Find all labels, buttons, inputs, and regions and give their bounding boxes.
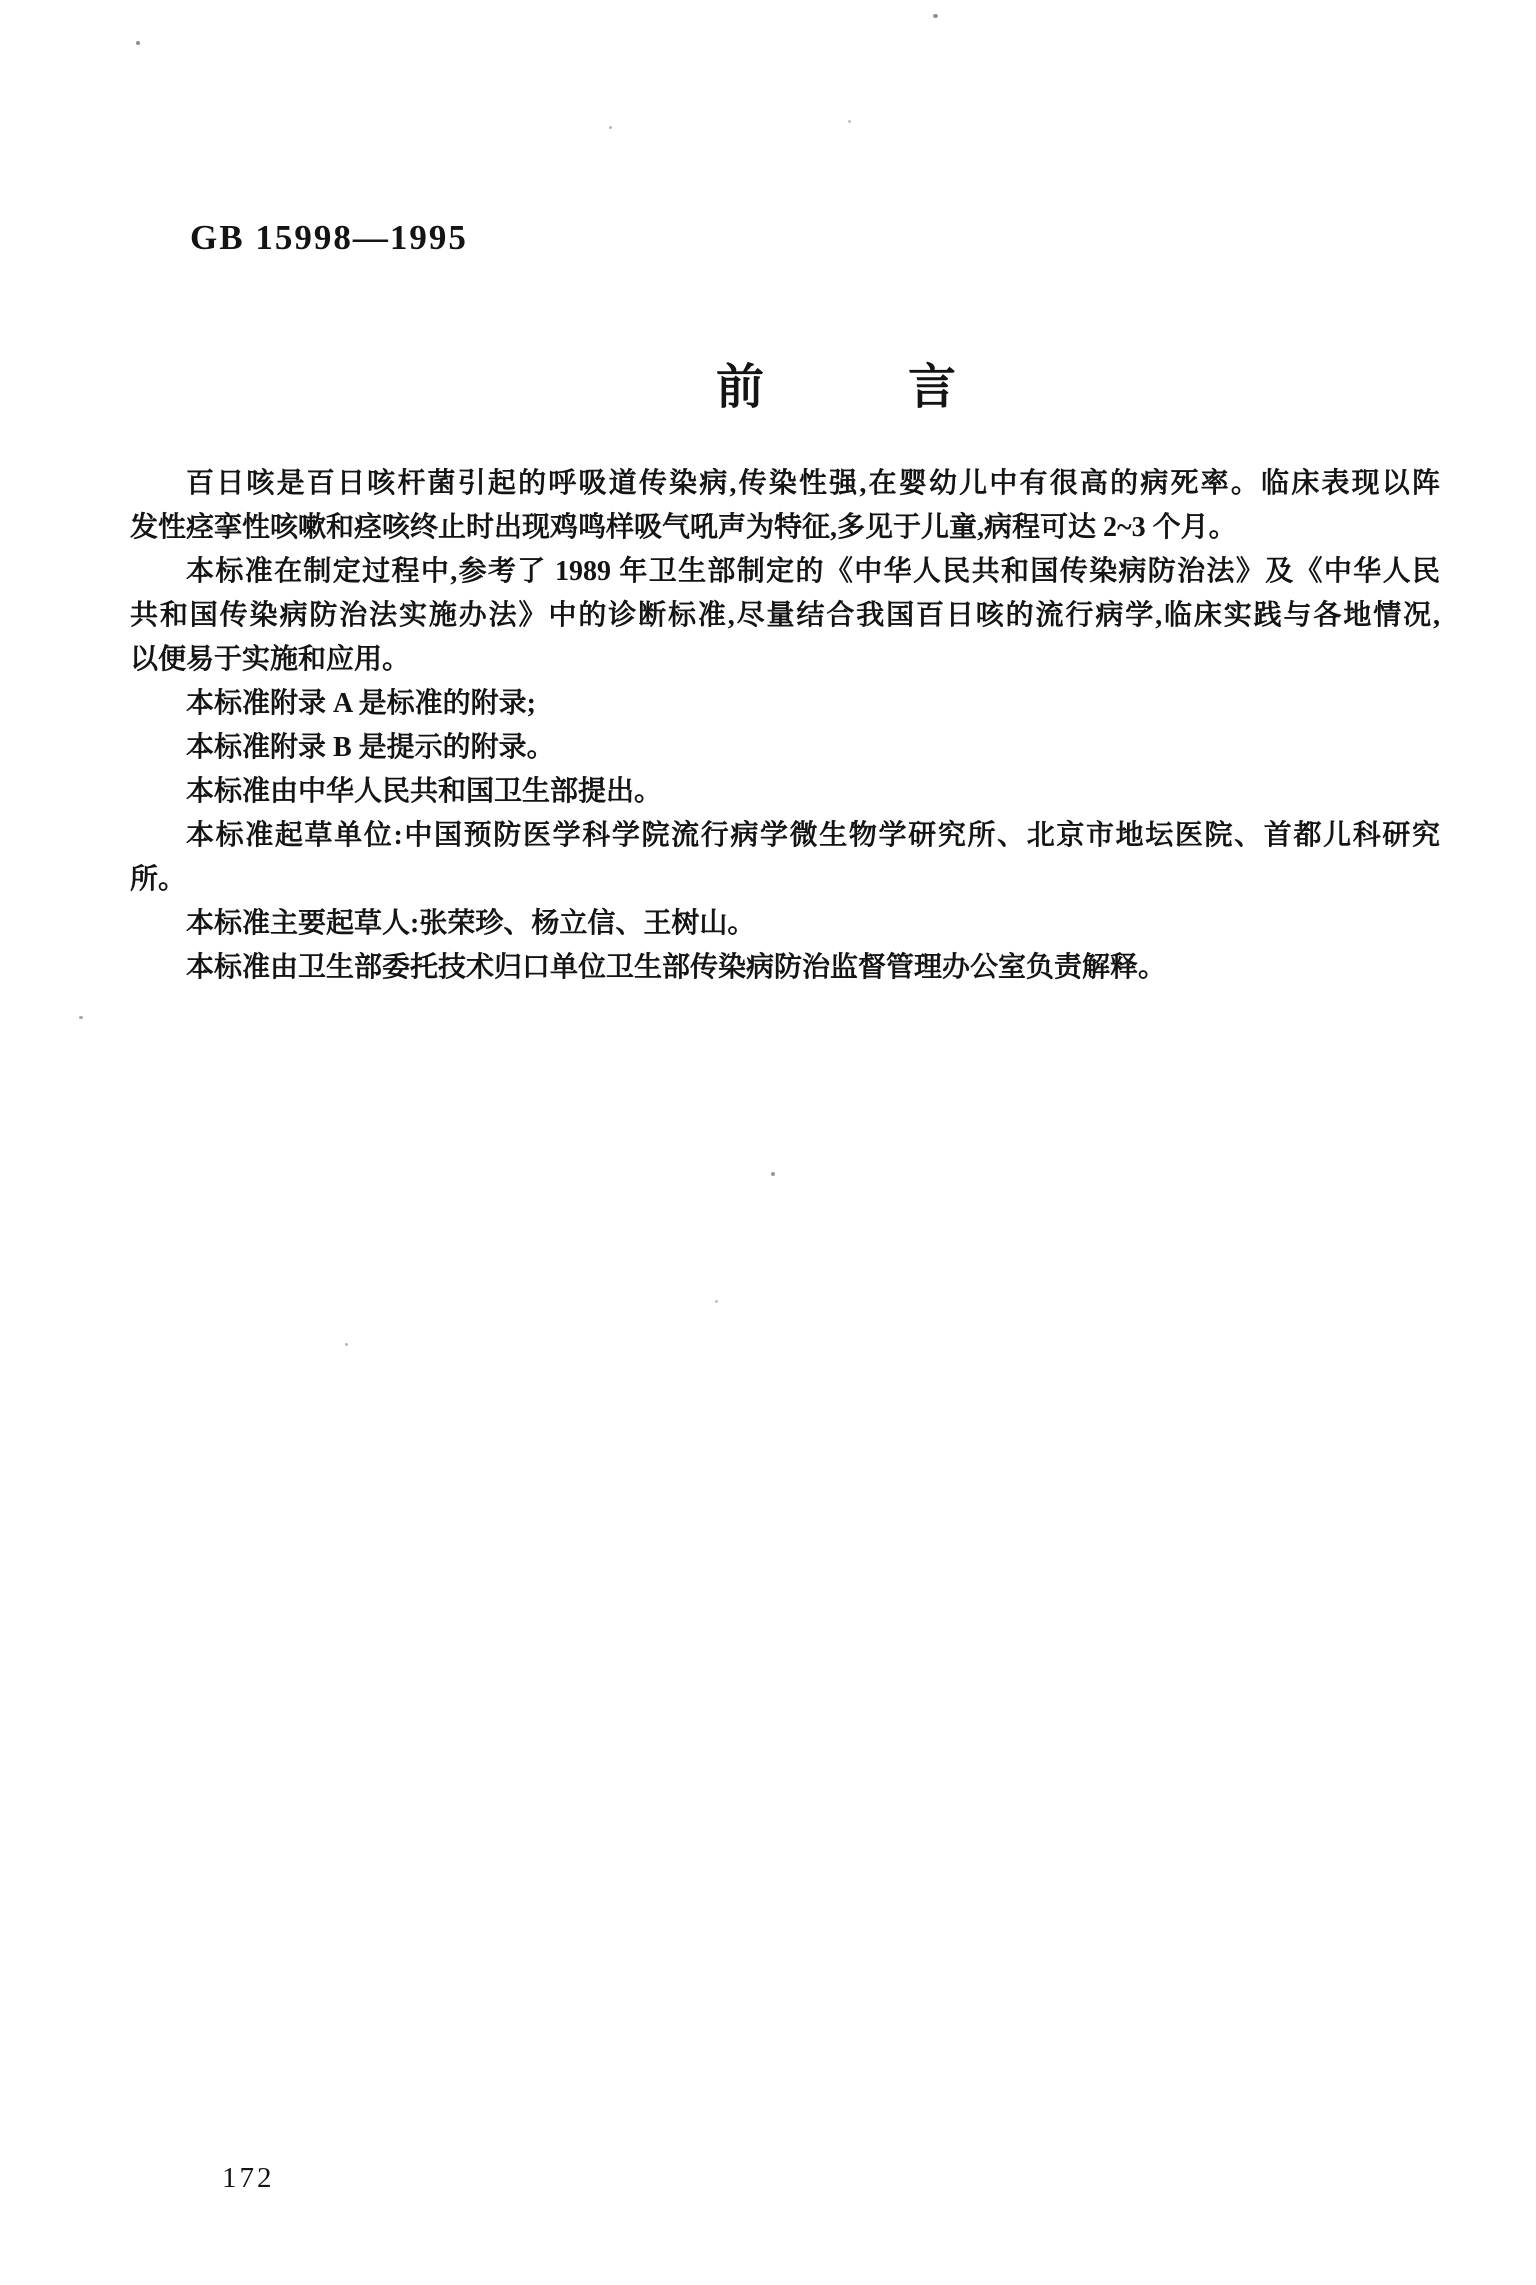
standard-code: GB 15998—1995 xyxy=(190,218,468,258)
body-line: 本标准主要起草人:张荣珍、杨立信、王树山。 xyxy=(130,902,1440,946)
foreword-title: 前 言 xyxy=(68,348,1536,417)
scan-speck xyxy=(136,41,140,45)
scan-speck xyxy=(79,1016,83,1019)
foreword-body: 百日咳是百日咳杆菌引起的呼吸道传染病,传染性强,在婴幼儿中有很高的病死率。临床表… xyxy=(130,462,1440,990)
scan-speck xyxy=(609,126,612,129)
scan-speck xyxy=(771,1172,775,1176)
body-line: 本标准在制定过程中,参考了 1989 年卫生部制定的《中华人民共和国传染病防治法… xyxy=(130,550,1440,594)
scan-speck xyxy=(848,120,851,123)
body-line: 本标准由卫生部委托技术归口单位卫生部传染病防治监督管理办公室负责解释。 xyxy=(130,946,1440,990)
scan-speck xyxy=(345,1343,348,1346)
body-line: 百日咳是百日咳杆菌引起的呼吸道传染病,传染性强,在婴幼儿中有很高的病死率。临床表… xyxy=(130,462,1440,506)
body-line: 本标准附录 A 是标准的附录; xyxy=(130,682,1440,726)
document-page: GB 15998—1995 前 言 百日咳是百日咳杆菌引起的呼吸道传染病,传染性… xyxy=(0,0,1536,2285)
scan-speck xyxy=(933,14,938,18)
body-line: 本标准起草单位:中国预防医学科学院流行病学微生物学研究所、北京市地坛医院、首都儿… xyxy=(130,814,1440,858)
scan-speck xyxy=(715,1300,718,1303)
page-number: 172 xyxy=(222,2162,275,2195)
body-line: 共和国传染病防治法实施办法》中的诊断标准,尽量结合我国百日咳的流行病学,临床实践… xyxy=(130,594,1440,638)
body-line: 发性痉挛性咳嗽和痉咳终止时出现鸡鸣样吸气吼声为特征,多见于儿童,病程可达 2~3… xyxy=(130,506,1440,550)
body-line: 所。 xyxy=(130,858,1440,902)
body-line: 本标准附录 B 是提示的附录。 xyxy=(130,726,1440,770)
body-line: 本标准由中华人民共和国卫生部提出。 xyxy=(130,770,1440,814)
body-line: 以便易于实施和应用。 xyxy=(130,638,1440,682)
